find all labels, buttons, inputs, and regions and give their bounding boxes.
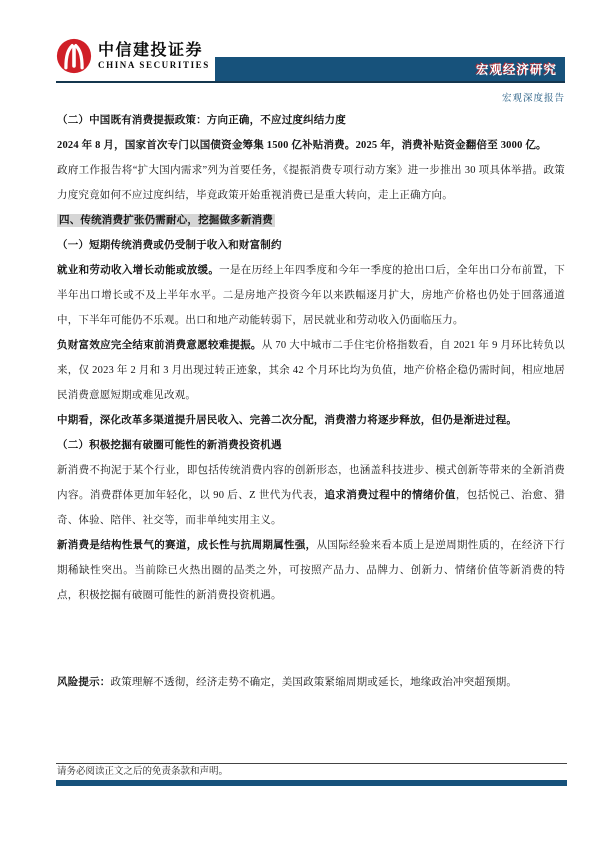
paragraph: 新消费不拘泥于某个行业，即包括传统消费内容的创新形态，也涵盖科技进步、模式创新等… — [57, 458, 565, 533]
paragraph-text: 中期看，深化改革多渠道提升居民收入、完善二次分配，消费潜力将逐步释放，但仍是渐进… — [57, 415, 517, 426]
logo-text: 中信建投证券 CHINA SECURITIES — [98, 42, 210, 71]
paragraph: 就业和劳动收入增长动能或放缓。一是在历经上年四季度和今年一季度的抢出口后，全年出… — [57, 258, 565, 333]
heading-text: （一）短期传统消费或仍受制于收入和财富制约 — [57, 240, 282, 251]
chapter-heading: 四、传统消费扩张仍需耐心，挖掘做多新消费 — [57, 208, 565, 233]
citic-logo-icon — [56, 38, 92, 74]
report-category-banner: 宏观经济研究 — [215, 57, 565, 81]
logo-company-name-en: CHINA SECURITIES — [98, 60, 210, 71]
paragraph-text: 2024 年 8 月，国家首次专门以国债资金筹集 1500 亿补贴消费。2025… — [57, 140, 547, 151]
logo-company-name: 中信建投证券 — [98, 42, 210, 60]
paragraph-bold-inline: 追求消费过程中的情绪价值 — [324, 490, 455, 501]
paragraph: 政府工作报告将“扩大国内需求”列为首要任务，《提振消费专项行动方案》进一步推出 … — [57, 158, 565, 208]
paragraph-bold-lead: 新消费是结构性景气的赛道，成长性与抗周期属性强， — [57, 540, 316, 551]
report-page: 中信建投证券 CHINA SECURITIES 宏观经济研究 宏观深度报告 （二… — [0, 0, 595, 842]
report-category-label: 宏观经济研究 — [476, 60, 557, 78]
heading-text-highlighted: 四、传统消费扩张仍需耐心，挖掘做多新消费 — [57, 214, 275, 227]
risk-label: 风险提示： — [57, 677, 111, 688]
footer-disclaimer: 请务必阅读正文之后的免责条款和声明。 — [57, 765, 228, 780]
report-type-label: 宏观深度报告 — [502, 90, 565, 104]
paragraph: 中期看，深化改革多渠道提升居民收入、完善二次分配，消费潜力将逐步释放，但仍是渐进… — [57, 408, 565, 433]
heading-text: （二）积极挖掘有破圈可能性的新消费投资机遇 — [57, 440, 282, 451]
heading-text: （二）中国既有消费提振政策：方向正确，不应过度纠结力度 — [57, 115, 346, 126]
paragraph: 2024 年 8 月，国家首次专门以国债资金筹集 1500 亿补贴消费。2025… — [57, 133, 565, 158]
risk-disclaimer-paragraph: 风险提示：政策理解不透彻，经济走势不确定，美国政策紧缩周期或延长，地缘政治冲突超… — [57, 670, 565, 695]
footer-bar — [56, 780, 567, 786]
paragraph-text: 政府工作报告将“扩大国内需求”列为首要任务，《提振消费专项行动方案》进一步推出 … — [57, 165, 565, 201]
section-heading: （一）短期传统消费或仍受制于收入和财富制约 — [57, 233, 565, 258]
company-logo: 中信建投证券 CHINA SECURITIES — [56, 38, 210, 74]
header-divider — [56, 81, 565, 83]
footer-divider — [56, 763, 567, 764]
risk-text: 政策理解不透彻，经济走势不确定，美国政策紧缩周期或延长，地缘政治冲突超预期。 — [111, 677, 518, 688]
paragraph-bold-lead: 负财富效应完全结束前消费意愿较难提振。 — [57, 340, 262, 351]
section-heading: （二）积极挖掘有破圈可能性的新消费投资机遇 — [57, 433, 565, 458]
report-body: （二）中国既有消费提振政策：方向正确，不应过度纠结力度 2024 年 8 月，国… — [57, 108, 565, 695]
section-heading: （二）中国既有消费提振政策：方向正确，不应过度纠结力度 — [57, 108, 565, 133]
paragraph: 新消费是结构性景气的赛道，成长性与抗周期属性强，从国际经验来看本质上是逆周期性质… — [57, 533, 565, 608]
paragraph-bold-lead: 就业和劳动收入增长动能或放缓。 — [57, 265, 219, 276]
paragraph: 负财富效应完全结束前消费意愿较难提振。从 70 大中城市二手住宅价格指数看，自 … — [57, 333, 565, 408]
